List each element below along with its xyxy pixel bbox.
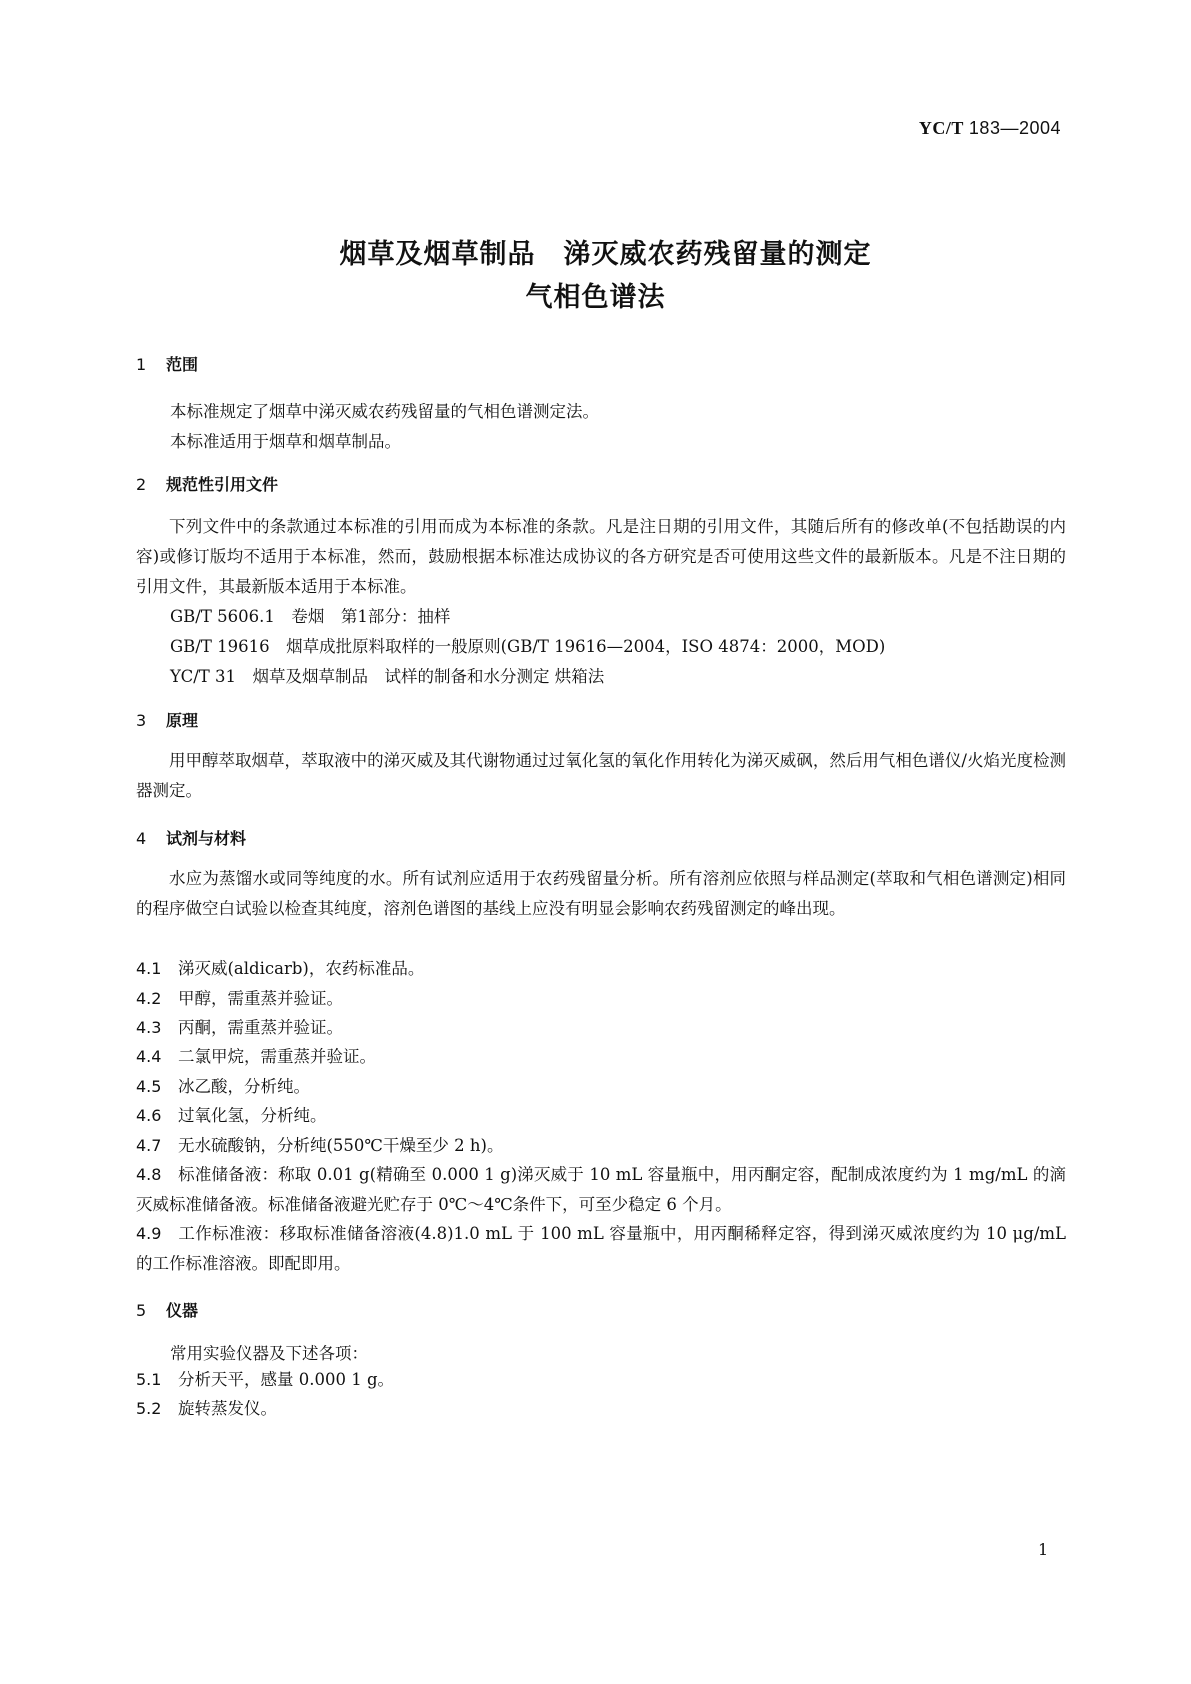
reference-item: GB/T 19616 烟草成批原料取样的一般原则(GB/T 19616—2004…	[170, 633, 885, 657]
item-number: 4.9	[136, 1219, 178, 1249]
item-number: 4.2	[136, 984, 178, 1014]
item-number: 5.1	[136, 1365, 178, 1395]
item-text: 工作标准液：移取标准储备溶液(4.8)1.0 mL 于 100 mL 容量瓶中，…	[136, 1224, 1066, 1273]
item-number: 4.7	[136, 1131, 178, 1161]
paragraph: 下列文件中的条款通过本标准的引用而成为本标准的条款。凡是注日期的引用文件，其随后…	[136, 512, 1066, 602]
section-title: 试剂与材料	[166, 829, 246, 848]
section-heading-reagents: 4试剂与材料	[136, 826, 246, 849]
list-item: 5.1分析天平，感量 0.000 1 g。	[136, 1365, 1066, 1395]
item-text: 分析天平，感量 0.000 1 g。	[178, 1370, 394, 1389]
list-item: 4.7无水硫酸钠，分析纯(550℃干燥至少 2 h)。	[136, 1131, 1066, 1161]
paragraph: 常用实验仪器及下述各项：	[170, 1340, 368, 1364]
item-number: 4.1	[136, 954, 178, 984]
section-number: 3	[136, 711, 166, 730]
paragraph: 本标准规定了烟草中涕灭威农药残留量的气相色谱测定法。	[170, 398, 599, 422]
document-subtitle: 气相色谱法	[0, 275, 1191, 314]
paragraph: 用甲醇萃取烟草，萃取液中的涕灭威及其代谢物通过过氧化氢的氧化作用转化为涕灭威砜，…	[136, 746, 1066, 806]
item-text: 二氯甲烷，需重蒸并验证。	[178, 1047, 376, 1066]
paragraph: 水应为蒸馏水或同等纯度的水。所有试剂应适用于农药残留量分析。所有溶剂应依照与样品…	[136, 864, 1066, 924]
item-number: 4.8	[136, 1160, 178, 1190]
section-heading-scope: 1范围	[136, 352, 198, 375]
item-text: 冰乙酸，分析纯。	[178, 1077, 310, 1096]
list-item: 4.8标准储备液：称取 0.01 g(精确至 0.000 1 g)涕灭威于 10…	[136, 1160, 1066, 1220]
list-item: 4.5冰乙酸，分析纯。	[136, 1072, 1066, 1102]
item-text: 丙酮，需重蒸并验证。	[178, 1018, 343, 1037]
item-text: 标准储备液：称取 0.01 g(精确至 0.000 1 g)涕灭威于 10 mL…	[136, 1165, 1066, 1214]
section-number: 5	[136, 1301, 166, 1320]
list-item: 4.3丙酮，需重蒸并验证。	[136, 1013, 1066, 1043]
document-title: 烟草及烟草制品 涕灭威农药残留量的测定	[0, 232, 1191, 271]
item-number: 4.4	[136, 1042, 178, 1072]
standard-prefix: YC/T	[919, 118, 964, 138]
reference-item: YC/T 31 烟草及烟草制品 试样的制备和水分测定 烘箱法	[170, 663, 604, 687]
list-item: 4.1涕灭威(aldicarb)，农药标准品。	[136, 954, 1066, 984]
item-number: 4.3	[136, 1013, 178, 1043]
section-heading-principle: 3原理	[136, 708, 198, 731]
list-item: 5.2旋转蒸发仪。	[136, 1394, 1066, 1424]
list-item: 4.9工作标准液：移取标准储备溶液(4.8)1.0 mL 于 100 mL 容量…	[136, 1219, 1066, 1279]
item-number: 4.5	[136, 1072, 178, 1102]
item-text: 甲醇，需重蒸并验证。	[178, 989, 343, 1008]
standard-number: 183—2004	[969, 118, 1061, 138]
item-text: 无水硫酸钠，分析纯(550℃干燥至少 2 h)。	[178, 1136, 503, 1155]
page-number: 1	[1038, 1540, 1048, 1559]
item-number: 5.2	[136, 1394, 178, 1424]
item-text: 涕灭威(aldicarb)，农药标准品。	[178, 959, 424, 978]
section-heading-apparatus: 5仪器	[136, 1298, 198, 1321]
section-title: 范围	[166, 355, 198, 374]
list-item: 4.4二氯甲烷，需重蒸并验证。	[136, 1042, 1066, 1072]
section-heading-references: 2规范性引用文件	[136, 472, 278, 495]
section-number: 2	[136, 475, 166, 494]
item-number: 4.6	[136, 1101, 178, 1131]
reference-item: GB/T 5606.1 卷烟 第1部分：抽样	[170, 603, 450, 627]
list-item: 4.6过氧化氢，分析纯。	[136, 1101, 1066, 1131]
list-item: 4.2甲醇，需重蒸并验证。	[136, 984, 1066, 1014]
standard-code: YC/T 183—2004	[919, 118, 1061, 139]
section-title: 规范性引用文件	[166, 475, 278, 494]
section-number: 1	[136, 355, 166, 374]
section-title: 仪器	[166, 1301, 198, 1320]
item-text: 过氧化氢，分析纯。	[178, 1106, 327, 1125]
section-number: 4	[136, 829, 166, 848]
paragraph: 本标准适用于烟草和烟草制品。	[170, 428, 401, 452]
section-title: 原理	[166, 711, 198, 730]
item-text: 旋转蒸发仪。	[178, 1399, 277, 1418]
